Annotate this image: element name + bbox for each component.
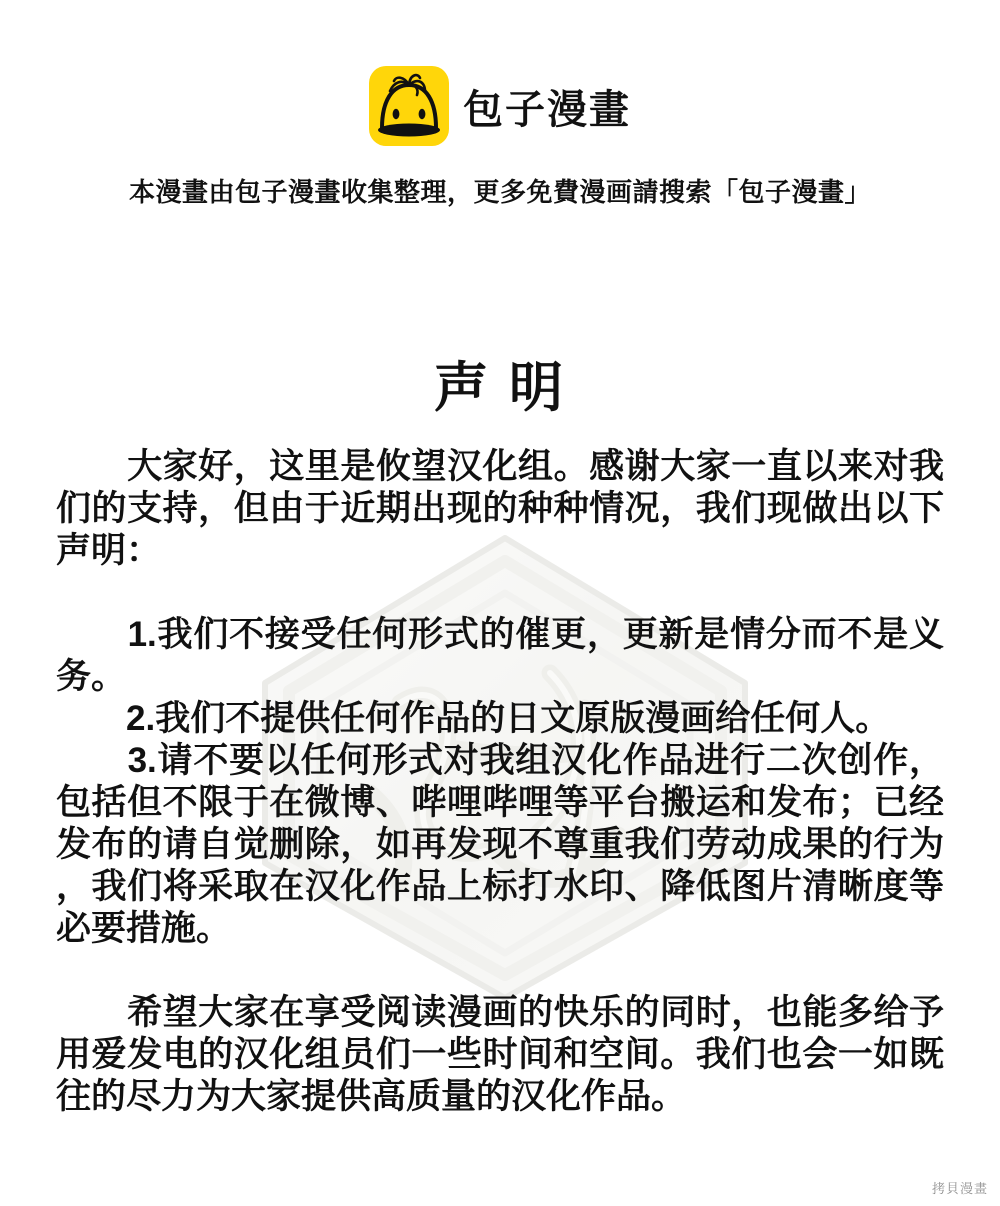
- statement-line: ，我们将采取在汉化作品上标打水印、降低图片清晰度等: [56, 866, 944, 908]
- baozi-bun-icon: [369, 66, 449, 146]
- statement-line: 务。: [56, 656, 944, 698]
- manga-statement-page: 包子漫畫 本漫畫由包子漫畫收集整理，更多免費漫画請搜索「包子漫畫」 声 明 大家…: [0, 0, 1000, 1206]
- statement-line: 用爱发电的汉化组员们一些时间和空间。我们也会一如既: [56, 1034, 944, 1076]
- copymanga-watermark-text: 拷貝漫畫: [932, 1178, 988, 1197]
- site-logo-name: 包子漫畫: [463, 78, 631, 135]
- statement-line: 声明：: [56, 530, 944, 572]
- statement-line: [56, 572, 944, 614]
- statement-line: 希望大家在享受阅读漫画的快乐的同时，也能多给予: [56, 992, 944, 1034]
- statement-line: 往的尽力为大家提供高质量的汉化作品。: [56, 1076, 944, 1118]
- statement-body: 大家好，这里是攸望汉化组。感谢大家一直以来对我们的支持，但由于近期出现的种种情况…: [56, 446, 944, 1118]
- site-logo: 包子漫畫: [0, 66, 1000, 146]
- statement-line: 发布的请自觉删除，如再发现不尊重我们劳动成果的行为: [56, 824, 944, 866]
- statement-line: 3.请不要以任何形式对我组汉化作品进行二次创作，: [56, 740, 944, 782]
- statement-line: 2.我们不提供任何作品的日文原版漫画给任何人。: [56, 698, 944, 740]
- statement-line: 必要措施。: [56, 908, 944, 950]
- statement-title: 声 明: [0, 356, 1000, 421]
- statement-line: 大家好，这里是攸望汉化组。感谢大家一直以来对我: [56, 446, 944, 488]
- collection-notice: 本漫畫由包子漫畫收集整理，更多免費漫画請搜索「包子漫畫」: [0, 172, 1000, 209]
- statement-line: 1.我们不接受任何形式的催更，更新是情分而不是义: [56, 614, 944, 656]
- statement-line: 包括但不限于在微博、哔哩哔哩等平台搬运和发布；已经: [56, 782, 944, 824]
- statement-line: 们的支持，但由于近期出现的种种情况，我们现做出以下: [56, 488, 944, 530]
- statement-line: [56, 950, 944, 992]
